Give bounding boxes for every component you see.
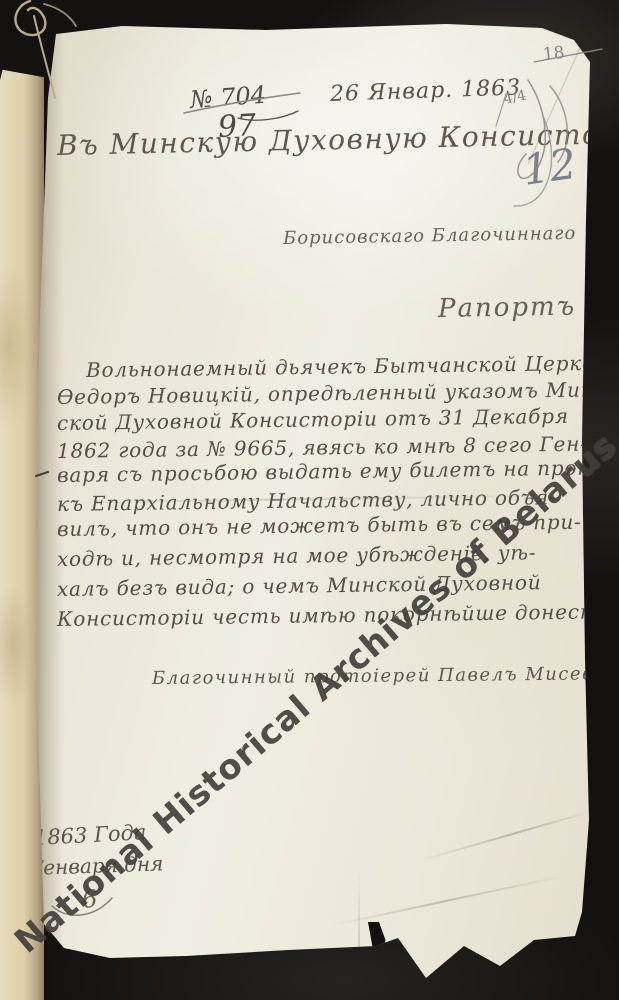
ink-underline <box>238 111 298 120</box>
strikethrough-mark <box>184 93 300 113</box>
pencil-flourish <box>518 80 545 178</box>
binding-thread <box>0 0 120 130</box>
ink-blot <box>36 472 48 476</box>
pencil-line <box>534 49 602 62</box>
pencil-flourish <box>550 86 567 162</box>
archival-document-scan: 18 № 704 97 26 Январ. 1863 4/4 12 Въ Мин… <box>0 0 619 1000</box>
pencil-slash <box>496 94 506 126</box>
